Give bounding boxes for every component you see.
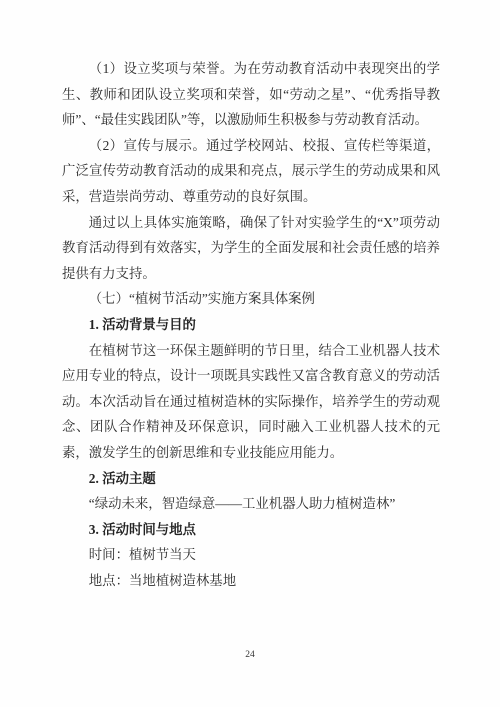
paragraph-awards-honors: （1）设立奖项与荣誉。为在劳动教育活动中表现突出的学生、教师和团队设立奖项和荣誉… bbox=[62, 56, 440, 133]
info-activity-time: 时间：植树节当天 bbox=[62, 542, 440, 568]
document-page: （1）设立奖项与荣誉。为在劳动教育活动中表现突出的学生、教师和团队设立奖项和荣誉… bbox=[0, 0, 500, 707]
heading-activity-time-place: 3. 活动时间与地点 bbox=[62, 517, 440, 543]
page-number: 24 bbox=[0, 649, 500, 661]
info-activity-place: 地点：当地植树造林基地 bbox=[62, 568, 440, 594]
heading-activity-theme: 2. 活动主题 bbox=[62, 466, 440, 492]
paragraph-publicity-display: （2）宣传与展示。通过学校网站、校报、宣传栏等渠道，广泛宣传劳动教育活动的成果和… bbox=[62, 133, 440, 210]
heading-activity-background: 1. 活动背景与目的 bbox=[62, 312, 440, 338]
paragraph-implementation-summary: 通过以上具体实施策略，确保了针对实验学生的“X”项劳动教育活动得到有效落实，为学… bbox=[62, 210, 440, 287]
paragraph-activity-background: 在植树节这一环保主题鲜明的节日里，结合工业机器人技术应用专业的特点，设计一项既具… bbox=[62, 338, 440, 466]
subheading-tree-planting-case: （七）“植树节活动”实施方案具体案例 bbox=[62, 286, 440, 312]
paragraph-theme-slogan: “绿动未来，智造绿意——工业机器人助力植树造林” bbox=[62, 491, 440, 517]
